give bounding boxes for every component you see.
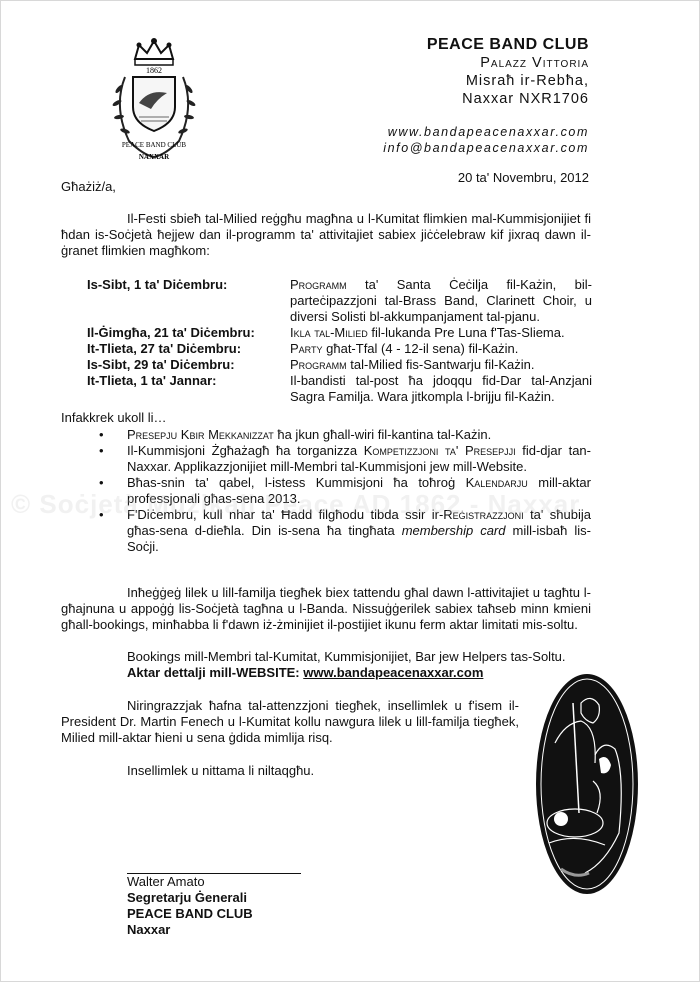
nativity-icon xyxy=(535,673,639,895)
event-row: It-Tlieta, 27 ta' Diċembru:Party għat-Tf… xyxy=(87,341,592,357)
address-line-3: Naxxar NXR1706 xyxy=(383,90,589,108)
events-table: Is-Sibt, 1 ta' Diċembru:Programm ta' San… xyxy=(87,277,592,405)
svg-text:PEACE BAND CLUB: PEACE BAND CLUB xyxy=(122,141,187,149)
signature-block: Walter Amato Segretarju Ġenerali PEACE B… xyxy=(127,874,253,938)
closing-paragraph: Niringrazzjak ħafna tal-attenzzjoni tieg… xyxy=(61,698,519,746)
note-pre: Bħas-snin ta' qabel, l-istess Kummisjoni… xyxy=(127,475,466,490)
signatory-town: Naxxar xyxy=(127,922,253,938)
nativity-illustration xyxy=(535,673,639,895)
svg-text:NAXXAR: NAXXAR xyxy=(139,153,170,161)
event-details: għat-Tfal (4 - 12-il sena) fil-Każin. xyxy=(323,341,519,356)
closing-line: Insellimlek u nittama li niltaqgħu. xyxy=(127,763,314,779)
signatory-role: Segretarju Ġenerali xyxy=(127,890,253,906)
event-description: Il-bandisti tal-post ħa jdoqqu fid-Dar t… xyxy=(290,373,592,405)
signatory-club: PEACE BAND CLUB xyxy=(127,906,253,922)
email-link[interactable]: info@bandapeacenaxxar.com xyxy=(383,140,589,156)
event-title: Programm xyxy=(290,357,347,372)
event-date: Is-Sibt, 1 ta' Diċembru: xyxy=(87,277,290,325)
bookings-text: Bookings mill-Membri tal-Kumitat, Kummis… xyxy=(127,649,566,665)
event-description: Programm tal-Milied fis-Santwarju fil-Ka… xyxy=(290,357,592,373)
event-details: tal-Milied fis-Santwarju fil-Każin. xyxy=(347,357,535,372)
event-date: Il-Ġimgħa, 21 ta' Diċembru: xyxy=(87,325,290,341)
note-post: ħa jkun għall-wiri fil-kantina tal-Każin… xyxy=(274,427,491,442)
event-row: It-Tlieta, 1 ta' Jannar:Il-bandisti tal-… xyxy=(87,373,592,405)
event-date: It-Tlieta, 1 ta' Jannar: xyxy=(87,373,290,405)
event-details: fil-lukanda Pre Luna f'Tas-Sliema. xyxy=(368,325,565,340)
event-date: Is-Sibt, 29 ta' Diċembru: xyxy=(87,357,290,373)
club-crest-logo: 1862 PEACE BAND CLUB NAXXAR xyxy=(109,37,199,167)
club-name: PEACE BAND CLUB xyxy=(383,35,589,54)
event-description: Ikla tal-Milied fil-lukanda Pre Luna f'T… xyxy=(290,325,592,341)
crest-icon: 1862 PEACE BAND CLUB NAXXAR xyxy=(109,37,199,167)
event-details: Il-bandisti tal-post ħa jdoqqu fid-Dar t… xyxy=(290,373,592,404)
website-link[interactable]: www.bandapeacenaxxar.com xyxy=(383,124,589,140)
note-item: Presepju Kbir Mekkanizzat ħa jkun għall-… xyxy=(91,427,591,443)
event-row: Is-Sibt, 1 ta' Diċembru:Programm ta' San… xyxy=(87,277,592,325)
note-sc: Kalendarju xyxy=(466,475,528,490)
details-website-link[interactable]: www.bandapeacenaxxar.com xyxy=(303,665,483,680)
watermark: © Soċjetà Mużikali Peace AD 1862 - Naxxa… xyxy=(11,489,580,520)
event-date: It-Tlieta, 27 ta' Diċembru: xyxy=(87,341,290,357)
address-line-1: Palazz Vittoria xyxy=(383,54,589,72)
invite-paragraph: Inħeġġeġ lilek u lill-familja tiegħek bi… xyxy=(61,585,591,633)
note-em: membership card xyxy=(402,523,506,538)
event-title: Programm xyxy=(290,277,347,292)
event-row: Il-Ġimgħa, 21 ta' Diċembru:Ikla tal-Mili… xyxy=(87,325,592,341)
event-description: Party għat-Tfal (4 - 12-il sena) fil-Każ… xyxy=(290,341,592,357)
letter-date: 20 ta' Novembru, 2012 xyxy=(383,170,589,186)
note-pre: Il-Kummisjoni Żgħażagħ ħa torganizza xyxy=(127,443,364,458)
event-title: Party xyxy=(290,341,323,356)
signatory-name: Walter Amato xyxy=(127,874,253,890)
event-row: Is-Sibt, 29 ta' Diċembru:Programm tal-Mi… xyxy=(87,357,592,373)
details-label: Aktar dettalji mill-WEBSITE: xyxy=(127,665,303,680)
details-line: Aktar dettalji mill-WEBSITE: www.bandape… xyxy=(127,665,483,681)
intro-paragraph: Il-Festi sbieħ tal-Milied reġgħu magħna … xyxy=(61,211,591,259)
letterhead: PEACE BAND CLUB Palazz Vittoria Misraħ i… xyxy=(383,35,589,186)
greeting: Għażiż/a, xyxy=(61,179,116,195)
address-line-2: Misraħ ir-Rebħa, xyxy=(383,72,589,90)
note-sc: Kompetizzjoni ta' Presepjji xyxy=(364,443,516,458)
note-item: Il-Kummisjoni Żgħażagħ ħa torganizza Kom… xyxy=(91,443,591,475)
event-title: Ikla tal-Milied xyxy=(290,325,368,340)
notes-intro: Infakkrek ukoll li… xyxy=(61,410,166,426)
svg-text:1862: 1862 xyxy=(146,66,162,75)
event-description: Programm ta' Santa Ċeċilja fil-Każin, bi… xyxy=(290,277,592,325)
note-sc: Presepju Kbir Mekkanizzat xyxy=(127,427,274,442)
